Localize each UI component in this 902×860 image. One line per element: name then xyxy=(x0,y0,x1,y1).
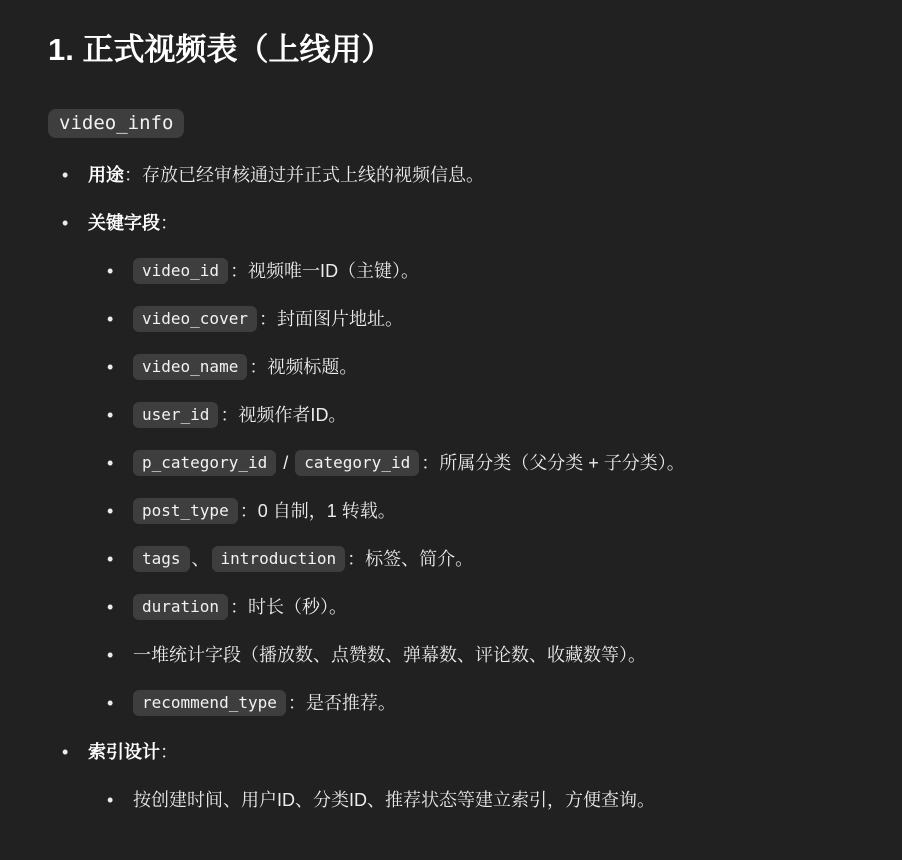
item-text: ： xyxy=(160,213,178,233)
sub-list-item: video_name：视频标题。 xyxy=(88,354,854,381)
list-item: 索引设计：按创建时间、用户ID、分类ID、推荐状态等建立索引，方便查询。 xyxy=(48,739,854,814)
sub-item-text: 、 xyxy=(192,549,210,569)
sub-item-text: / xyxy=(278,453,293,473)
sub-list-item: post_type：0 自制，1 转载。 xyxy=(88,498,854,525)
item-label: 索引设计 xyxy=(88,742,160,762)
sub-item-text: ：0 自制，1 转载。 xyxy=(240,501,396,521)
sub-list-item: duration：时长（秒）。 xyxy=(88,594,854,621)
sub-item-text: ：所属分类（父分类 + 子分类）。 xyxy=(421,453,685,473)
inline-code-chip: video_name xyxy=(133,354,247,380)
sub-list-item: 一堆统计字段（播放数、点赞数、弹幕数、评论数、收藏数等）。 xyxy=(88,642,854,669)
inline-code-chip: post_type xyxy=(133,498,238,524)
sub-item-text: ：封面图片地址。 xyxy=(259,309,403,329)
sub-list-item: video_id：视频唯一ID（主键）。 xyxy=(88,258,854,285)
item-label: 关键字段 xyxy=(88,213,160,233)
sub-list-item: user_id：视频作者ID。 xyxy=(88,402,854,429)
info-list: 用途：存放已经审核通过并正式上线的视频信息。关键字段：video_id：视频唯一… xyxy=(48,162,854,814)
sub-item-text: ：时长（秒）。 xyxy=(230,597,347,617)
item-label: 用途 xyxy=(88,165,124,185)
sub-item-text: 按创建时间、用户ID、分类ID、推荐状态等建立索引，方便查询。 xyxy=(133,790,655,810)
item-text: ： xyxy=(160,742,178,762)
sub-item-text: ：视频唯一ID（主键）。 xyxy=(230,261,419,281)
table-name-chip: video_info xyxy=(48,109,184,138)
sub-list: 按创建时间、用户ID、分类ID、推荐状态等建立索引，方便查询。 xyxy=(88,787,854,814)
list-item: 关键字段：video_id：视频唯一ID（主键）。video_cover：封面图… xyxy=(48,210,854,717)
inline-code-chip: recommend_type xyxy=(133,690,286,716)
sub-list-item: video_cover：封面图片地址。 xyxy=(88,306,854,333)
sub-item-text: ：视频标题。 xyxy=(249,357,357,377)
inline-code-chip: video_cover xyxy=(133,306,257,332)
inline-code-chip: p_category_id xyxy=(133,450,276,476)
inline-code-chip: user_id xyxy=(133,402,218,428)
sub-item-text: ：标签、简介。 xyxy=(347,549,473,569)
sub-item-text: ：视频作者ID。 xyxy=(220,405,346,425)
sub-list-item: 按创建时间、用户ID、分类ID、推荐状态等建立索引，方便查询。 xyxy=(88,787,854,814)
inline-code-chip: video_id xyxy=(133,258,228,284)
document: 1. 正式视频表（上线用） video_info 用途：存放已经审核通过并正式上… xyxy=(0,0,902,814)
section-heading: 1. 正式视频表（上线用） xyxy=(48,30,854,69)
sub-list-item: p_category_id / category_id：所属分类（父分类 + 子… xyxy=(88,450,854,477)
table-name-line: video_info xyxy=(48,109,854,138)
inline-code-chip: duration xyxy=(133,594,228,620)
inline-code-chip: tags xyxy=(133,546,190,572)
page: { "page": { "background_color": "#212121… xyxy=(0,0,902,860)
inline-code-chip: category_id xyxy=(295,450,419,476)
sub-item-text: ：是否推荐。 xyxy=(288,693,396,713)
item-text: ：存放已经审核通过并正式上线的视频信息。 xyxy=(124,165,484,185)
sub-list: video_id：视频唯一ID（主键）。video_cover：封面图片地址。v… xyxy=(88,258,854,717)
sub-list-item: recommend_type：是否推荐。 xyxy=(88,690,854,717)
sub-list-item: tags、introduction：标签、简介。 xyxy=(88,546,854,573)
sub-item-text: 一堆统计字段（播放数、点赞数、弹幕数、评论数、收藏数等）。 xyxy=(133,645,646,665)
list-item: 用途：存放已经审核通过并正式上线的视频信息。 xyxy=(48,162,854,188)
inline-code-chip: introduction xyxy=(212,546,346,572)
